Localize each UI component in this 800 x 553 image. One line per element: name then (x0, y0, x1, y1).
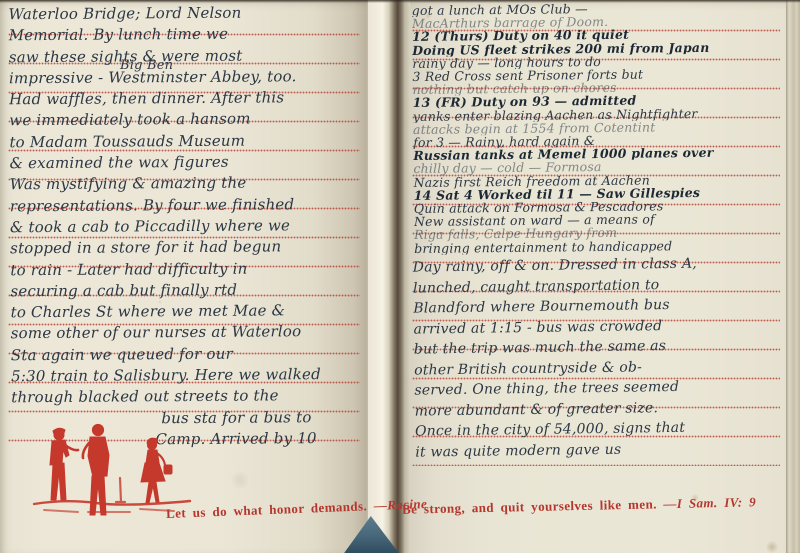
handwriting-line: saw these sights & were most (9, 44, 365, 68)
handwriting-line: representations. By four we finished (10, 193, 366, 217)
handwriting-line: Memorial. By lunch time we (9, 23, 365, 47)
soldiers-sketch-icon (26, 418, 198, 520)
right-page-handwriting-bottom: Day rainy, off & on. Dressed in class A,… (413, 252, 788, 462)
handwriting-line: through blacked out streets to the (11, 385, 367, 409)
book-gutter (366, 0, 410, 553)
handwriting-line: 5:30 train to Salisbury. Here we walked (11, 364, 367, 388)
handwriting-line: & took a cab to Piccadilly where we (10, 215, 366, 239)
quote-attribution: —I Sam. IV: 9 (663, 494, 756, 511)
handwriting-line: Was mystifying & amazing the (10, 172, 366, 196)
handwriting-line: we immediately took a hansom (9, 108, 365, 132)
handwriting-line: Sta again we queued for our (11, 343, 367, 367)
interline-note: Big Ben (120, 58, 173, 73)
handwriting-line: impressive - Westminster Abbey, too. (9, 66, 365, 90)
handwriting-line: some other of our nurses at Waterloo (11, 321, 367, 345)
right-page-handwriting-top: got a lunch at MOs Club — MacArthurs bar… (412, 0, 791, 255)
diary-scan: Waterloo Bridge; Lord Nelson Memorial. B… (0, 0, 800, 553)
handwriting-line: & examined the wax figures (9, 151, 365, 175)
handwriting-line: to rain - Later had difficulty in (10, 257, 366, 281)
soldiers-illustration (26, 418, 198, 520)
handwriting-line: to Charles St where we met Mae & (11, 300, 367, 324)
handwriting-line: securing a cab but finally rtd (10, 279, 366, 303)
handwriting-line: Waterloo Bridge; Lord Nelson (8, 2, 364, 26)
handwriting-line: stopped in a store for it had begun (10, 236, 366, 260)
handwriting-line: Had waffles, then dinner. After this (9, 87, 365, 111)
left-page-handwriting: Waterloo Bridge; Lord Nelson Memorial. B… (8, 2, 367, 452)
handwriting-line: to Madam Toussauds Museum (9, 130, 365, 154)
